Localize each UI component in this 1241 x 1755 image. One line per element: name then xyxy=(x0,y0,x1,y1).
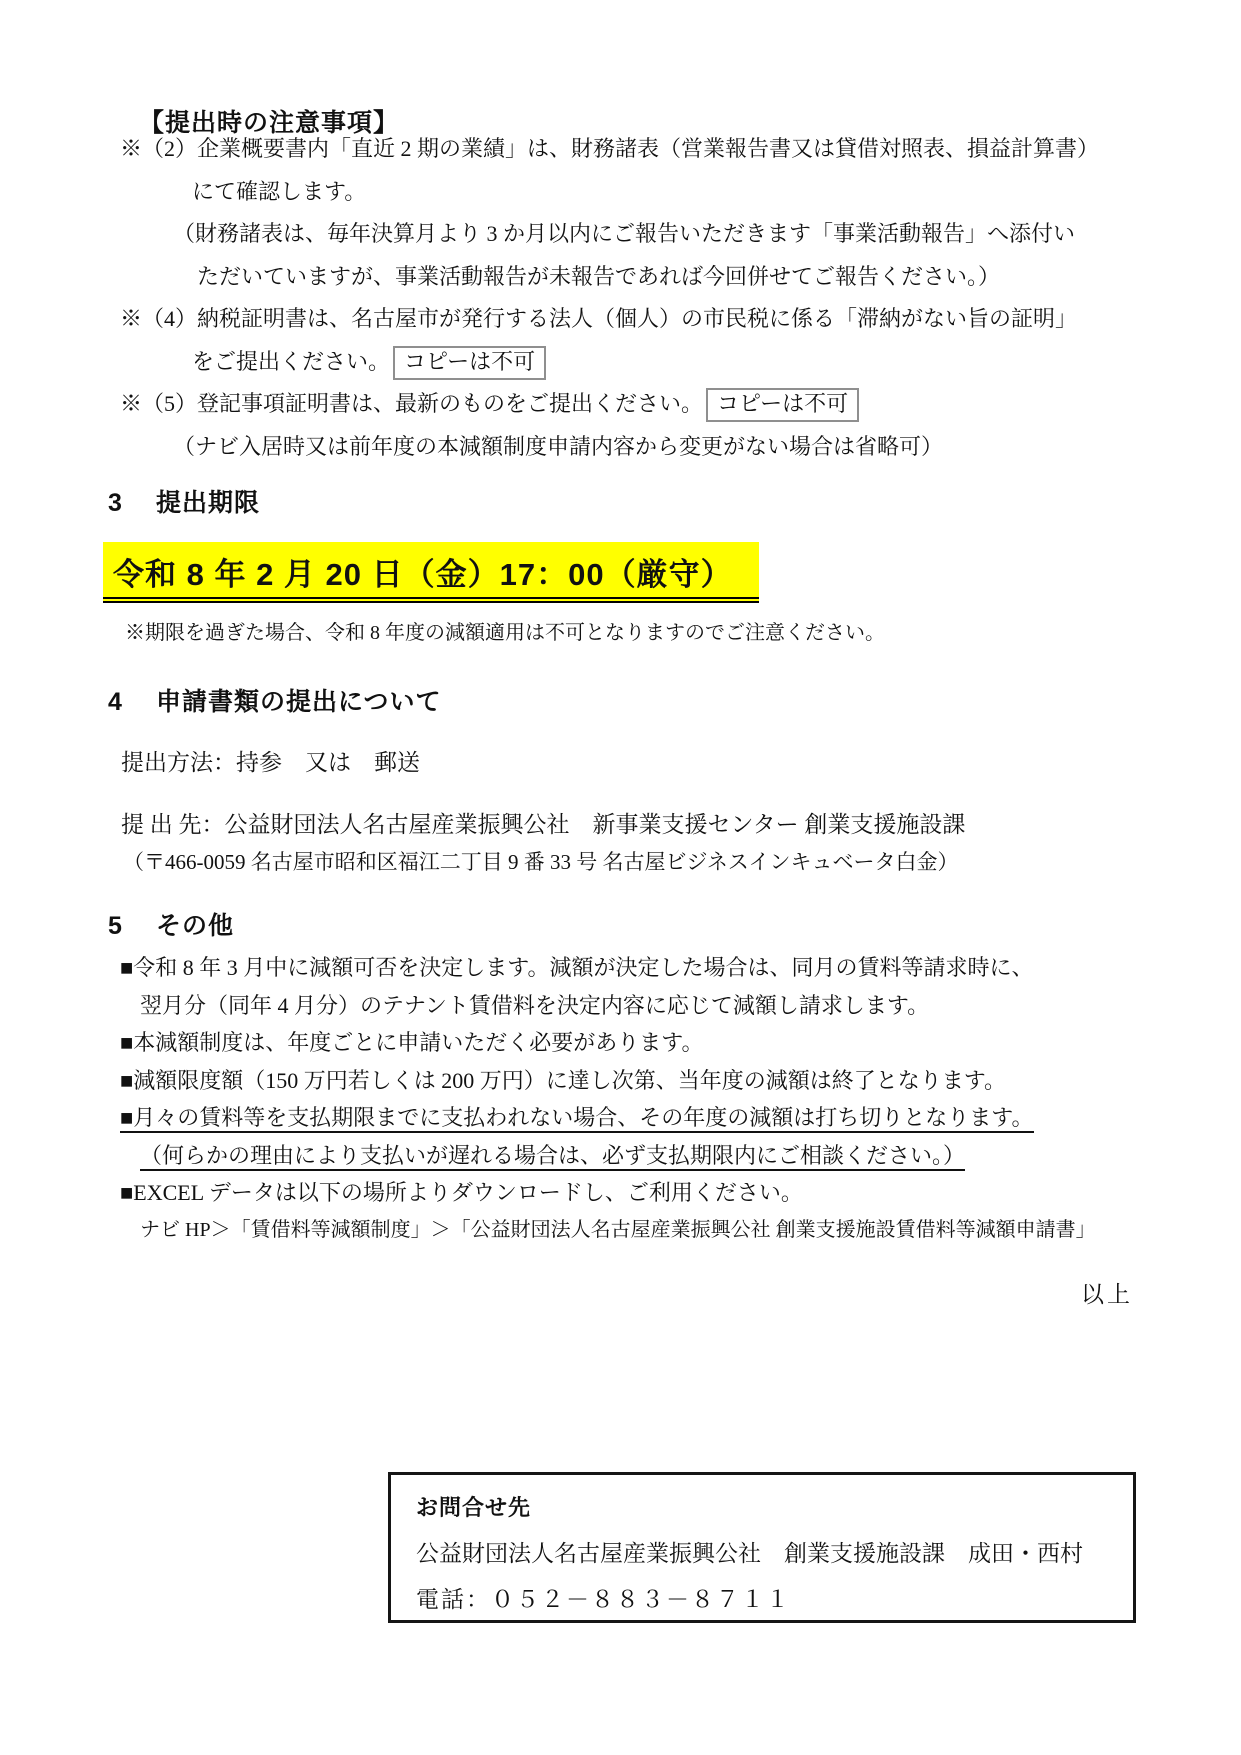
note-5-line-2: （ナビ入居時又は前年度の本減額制度申請内容から変更がない場合は省略可） xyxy=(173,426,1241,469)
bullet-5-text: （何らかの理由により支払いが遅れる場合は、必ず支払期限内にご相談ください。） xyxy=(140,1143,965,1171)
deadline-text: 令和 8 年 2 月 20 日（金）17：00（厳守） xyxy=(103,542,759,603)
bullet-1-line-1: ■令和 8 年 3 月中に減額可否を決定します。減額が決定した場合は、同月の賃料… xyxy=(120,949,1241,987)
section-3-title: 提出期限 xyxy=(156,483,260,519)
download-path: ナビ HP＞「賃借料等減額制度」＞「公益財団法人名古屋産業振興公社 創業支援施設… xyxy=(140,1212,1241,1250)
note-4-line-2: をご提出ください。コピーは不可 xyxy=(192,341,1241,384)
closing-mark: 以上 xyxy=(0,1276,1133,1309)
note-5-line-1: ※（5）登記事項証明書は、最新のものをご提出ください。コピーは不可 xyxy=(120,383,1241,426)
document-page: 【提出時の注意事項】 ※（2）企業概要書内「直近 2 期の業績」は、財務諸表（営… xyxy=(0,0,1241,1755)
note-5-line-1-text: ※（5）登記事項証明書は、最新のものをご提出ください。 xyxy=(120,391,703,416)
bullet-5: （何らかの理由により支払いが遅れる場合は、必ず支払期限内にご相談ください。） xyxy=(140,1137,1241,1175)
contact-box: お問合せ先 公益財団法人名古屋産業振興公社 創業支援施設課 成田・西村 電話：０… xyxy=(388,1472,1136,1623)
contact-organization: 公益財団法人名古屋産業振興公社 創業支援施設課 成田・西村 xyxy=(416,1535,1123,1568)
bullet-6: ■EXCEL データは以下の場所よりダウンロードし、ご利用ください。 xyxy=(120,1174,1241,1212)
notes-block: ※（2）企業概要書内「直近 2 期の業績」は、財務諸表（営業報告書又は貸借対照表… xyxy=(0,128,1241,468)
section-4-number: 4 xyxy=(108,688,128,717)
submission-destination: 提 出 先：公益財団法人名古屋産業振興公社 新事業支援センター 創業支援施設課 xyxy=(121,806,965,839)
bullet-3: ■減額限度額（150 万円若しくは 200 万円）に達し次第、当年度の減額は終了… xyxy=(120,1062,1241,1100)
submission-method: 提出方法：持参 又は 郵送 xyxy=(121,744,420,777)
note-4-line-1: ※（4）納税証明書は、名古屋市が発行する法人（個人）の市民税に係る「滞納がない旨… xyxy=(120,298,1241,341)
other-notes-block: ■令和 8 年 3 月中に減額可否を決定します。減額が決定した場合は、同月の賃料… xyxy=(0,949,1241,1249)
contact-heading: お問合せ先 xyxy=(416,1491,1123,1522)
bullet-4: ■月々の賃料等を支払期限までに支払われない場合、その年度の減額は打ち切りとなりま… xyxy=(120,1099,1241,1137)
section-3-heading: 3提出期限 xyxy=(108,483,260,519)
note-2-line-3: （財務諸表は、毎年決算月より 3 か月以内にご報告いただきます「事業活動報告」へ… xyxy=(173,213,1241,256)
note-2-line-4: ただいていますが、事業活動報告が未報告であれば今回併せてご報告ください。） xyxy=(197,256,1241,299)
note-4-line-2-text: をご提出ください。 xyxy=(192,349,390,374)
section-5-number: 5 xyxy=(108,912,128,941)
submission-address: （〒466-0059 名古屋市昭和区福江二丁目 9 番 33 号 名古屋ビジネス… xyxy=(123,846,958,876)
deadline-note: ※期限を過ぎた場合、令和 8 年度の減額適用は不可となりますのでご注意ください。 xyxy=(125,616,885,645)
bullet-4-text: ■月々の賃料等を支払期限までに支払われない場合、その年度の減額は打ち切りとなりま… xyxy=(120,1105,1034,1133)
section-4-heading: 4申請書類の提出について xyxy=(108,682,442,718)
section-5-title: その他 xyxy=(156,906,234,942)
note-2-line-1: ※（2）企業概要書内「直近 2 期の業績」は、財務諸表（営業報告書又は貸借対照表… xyxy=(120,128,1241,171)
copy-not-allowed-box: コピーは不可 xyxy=(706,388,859,422)
section-5-heading: 5その他 xyxy=(108,906,234,942)
contact-phone: 電話：０５２－８８３－８７１１ xyxy=(416,1581,1123,1614)
section-3-number: 3 xyxy=(108,489,128,518)
note-2-line-2: にて確認します。 xyxy=(192,171,1241,214)
deadline-banner: 令和 8 年 2 月 20 日（金）17：00（厳守） xyxy=(103,542,759,603)
section-4-title: 申請書類の提出について xyxy=(156,682,442,718)
bullet-2: ■本減額制度は、年度ごとに申請いただく必要があります。 xyxy=(120,1024,1241,1062)
copy-not-allowed-box: コピーは不可 xyxy=(393,346,546,380)
bullet-1-line-2: 翌月分（同年 4 月分）のテナント賃借料を決定内容に応じて減額し請求します。 xyxy=(140,987,1241,1025)
